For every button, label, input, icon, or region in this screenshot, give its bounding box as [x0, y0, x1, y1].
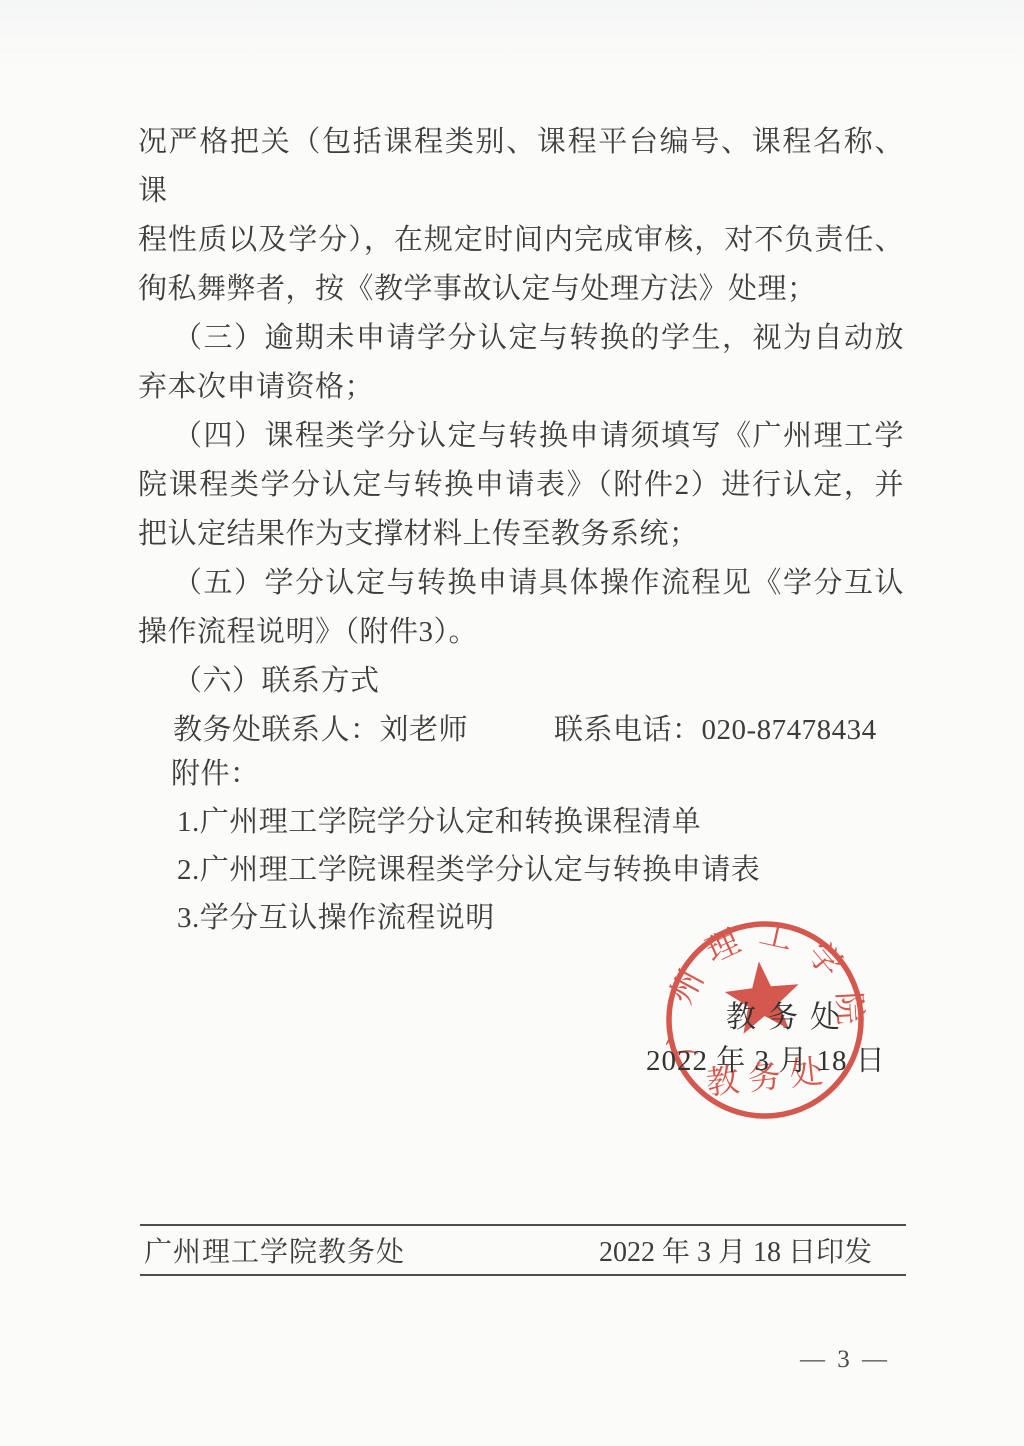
document-body: 况严格把关（包括课程类别、课程平台编号、课程名称、课 程性质以及学分），在规定时…	[138, 118, 904, 755]
contact-phone: 联系电话：020-87478434	[554, 714, 877, 746]
body-line-11: （六）联系方式	[138, 657, 904, 706]
footer-issuer: 广州理工学院教务处	[144, 1230, 405, 1270]
signature-office: 教务处	[726, 992, 852, 1036]
body-line-9: （五）学分认定与转换申请具体操作流程见《学分互认	[138, 559, 904, 608]
footer-print-date: 2022 年 3 月 18 日印发	[599, 1230, 872, 1270]
body-line-1: 况严格把关（包括课程类别、课程平台编号、课程名称、课	[138, 118, 904, 216]
body-line-8: 把认定结果作为支撑材料上传至教务系统；	[138, 510, 904, 559]
body-line-6: （四）课程类学分认定与转换申请须填写《广州理工学	[138, 412, 904, 461]
body-line-5: 弃本次申请资格；	[138, 363, 904, 412]
body-line-7: 院课程类学分认定与转换申请表》（附件2）进行认定，并	[138, 461, 904, 510]
attachment-item-2: 2.广州理工学院课程类学分认定与转换申请表	[138, 846, 904, 894]
contact-person: 教务处联系人：刘老师	[173, 714, 468, 746]
attachment-item-1: 1.广州理工学院学分认定和转换课程清单	[138, 798, 904, 846]
document-page: 况严格把关（包括课程类别、课程平台编号、课程名称、课 程性质以及学分），在规定时…	[0, 0, 1024, 1446]
page-number: — 3 —	[800, 1346, 890, 1374]
colophon-bar: 广州理工学院教务处 2022 年 3 月 18 日印发	[140, 1224, 906, 1276]
body-line-4: （三）逾期未申请学分认定与转换的学生，视为自动放	[138, 314, 904, 363]
signature-date: 2022 年 3 月 18 日	[646, 1038, 886, 1079]
body-line-3: 徇私舞弊者，按《教学事故认定与处理方法》处理；	[138, 265, 904, 314]
contact-line: 教务处联系人：刘老师联系电话：020-87478434	[138, 706, 904, 755]
body-line-10: 操作流程说明》（附件3）。	[138, 608, 904, 657]
body-line-2: 程性质以及学分），在规定时间内完成审核，对不负责任、	[138, 216, 904, 265]
attachments-heading: 附件：	[138, 750, 904, 798]
